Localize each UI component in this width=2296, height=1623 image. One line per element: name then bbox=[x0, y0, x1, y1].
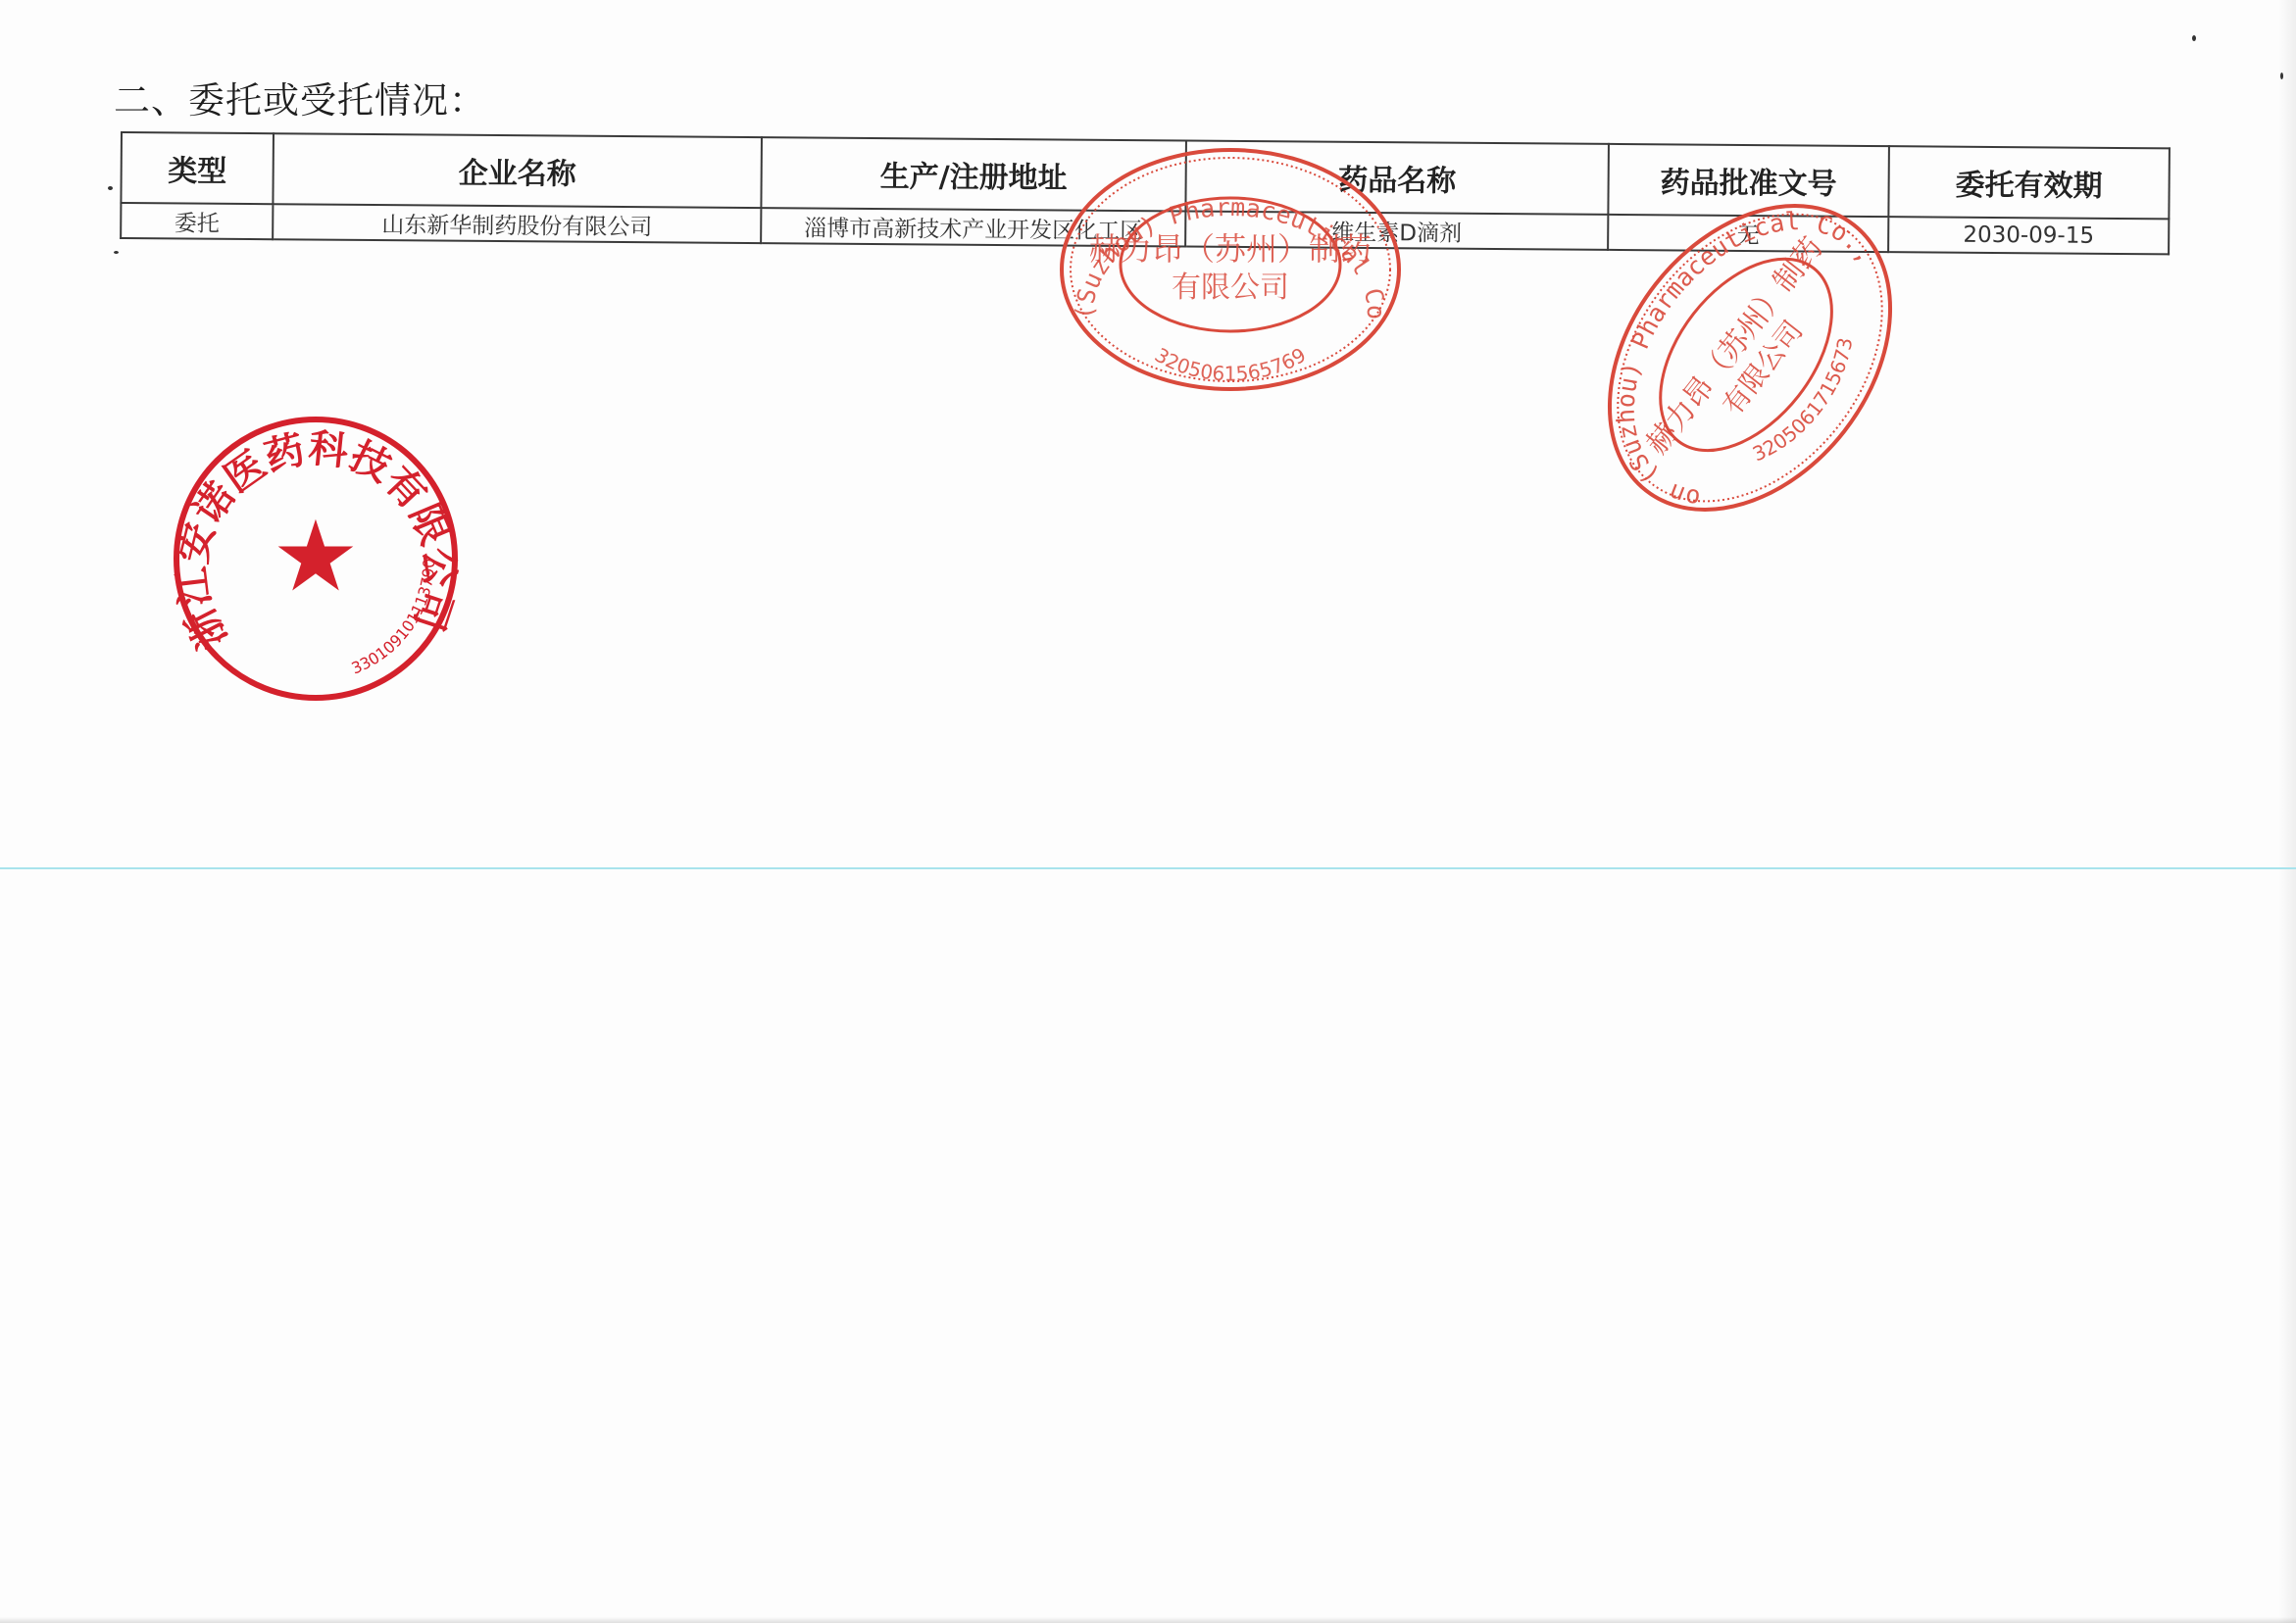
star-icon: ★ bbox=[272, 499, 360, 614]
company-seal-round: 浙江安诺医药科技有限公司 ★ 330109101113790 bbox=[169, 412, 463, 706]
scan-speck bbox=[108, 186, 113, 190]
header-approval-number: 药品批准文号 bbox=[1608, 144, 1889, 217]
cell-type: 委托 bbox=[121, 203, 273, 239]
delegation-table-container: 类型 企业名称 生产/注册地址 药品名称 药品批准文号 委托有效期 委托 山东新… bbox=[120, 131, 2169, 255]
section-title: 二、委托或受托情况： bbox=[114, 71, 486, 123]
header-type: 类型 bbox=[121, 132, 274, 204]
page-edge-shadow bbox=[2278, 0, 2296, 1623]
cell-approval-number: 无 bbox=[1608, 215, 1888, 252]
page-bottom-shadow bbox=[0, 1617, 2296, 1623]
seal-outer-text: 浙江安诺医药科技有限公司 bbox=[169, 425, 463, 657]
cell-address: 淄博市高新技术产业开发区化工区 bbox=[761, 208, 1185, 246]
header-drug-name: 药品名称 bbox=[1185, 141, 1609, 215]
cell-company-name: 山东新华制药股份有限公司 bbox=[273, 204, 761, 243]
seal-inner-line2: 有限公司 bbox=[1717, 315, 1810, 421]
scan-divider-line bbox=[0, 867, 2296, 869]
svg-text:3205061715673: 3205061715673 bbox=[1742, 327, 1873, 479]
scan-speck bbox=[2192, 35, 2196, 41]
svg-text:3205061565769: 3205061565769 bbox=[1151, 343, 1310, 386]
header-address: 生产/注册地址 bbox=[761, 137, 1186, 211]
cell-validity: 2030-09-15 bbox=[1888, 217, 2169, 254]
svg-text:330109101113790: 330109101113790 bbox=[349, 558, 439, 677]
header-company-name: 企业名称 bbox=[273, 133, 762, 208]
seal-code: 3205061565769 bbox=[1151, 343, 1310, 386]
scan-speck bbox=[2280, 73, 2283, 79]
seal-inner-line1: 赫力昂（苏州）制药 bbox=[1640, 231, 1830, 461]
seal-inner-line2: 有限公司 bbox=[1172, 270, 1289, 305]
header-validity: 委托有效期 bbox=[1888, 146, 2170, 219]
seal-code: 330109101113790 bbox=[349, 558, 439, 677]
scan-speck bbox=[114, 251, 119, 254]
delegation-table: 类型 企业名称 生产/注册地址 药品名称 药品批准文号 委托有效期 委托 山东新… bbox=[120, 131, 2171, 255]
seal-code: 3205061715673 bbox=[1742, 327, 1873, 479]
cell-drug-name: 维生素D滴剂 bbox=[1185, 212, 1608, 250]
svg-text:浙江安诺医药科技有限公司: 浙江安诺医药科技有限公司 bbox=[169, 425, 463, 657]
